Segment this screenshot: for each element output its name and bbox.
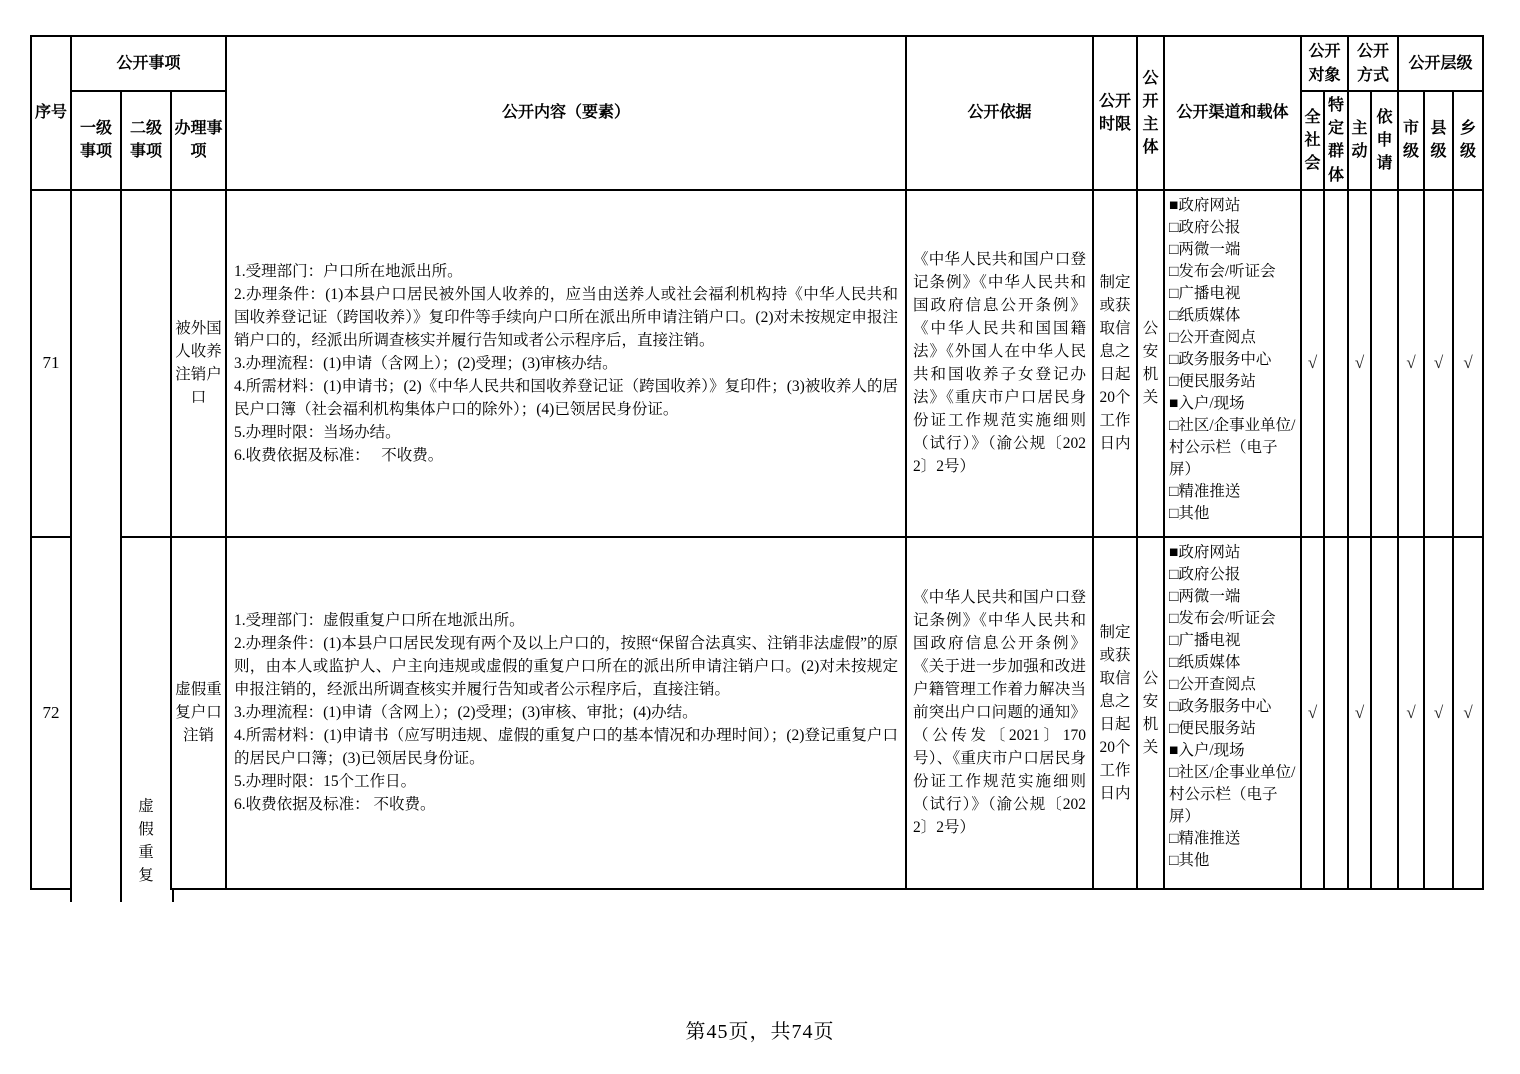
checkmark-cell-method-on-request [1371, 537, 1398, 889]
unchecked-box-item: □广播电视 [1169, 630, 1298, 652]
unchecked-box-item: □公开查阅点 [1169, 674, 1298, 696]
table-row-71: 71 被外国人收养注销户口 1.受理部门：户口所在地派出所。 2.办理条件：(1… [31, 190, 1483, 537]
checkmark-cell-audience-all: √ [1301, 190, 1324, 537]
col-header-content: 公开内容（要素） [226, 36, 906, 190]
checked-box-item: ■入户/现场 [1169, 393, 1298, 415]
col-header-level-city: 市级 [1398, 91, 1424, 190]
content-cell: 1.受理部门：户口所在地派出所。 2.办理条件：(1)本县户口居民被外国人收养的… [226, 190, 906, 537]
basis-cell: 《中华人民共和国户口登记条例》《中华人民共和国政府信息公开条例》《关于进一步加强… [906, 537, 1093, 889]
unchecked-box-item: □精准推送 [1169, 828, 1298, 850]
checkmark-cell-level-county: √ [1424, 537, 1453, 889]
serial-cell: 71 [31, 190, 71, 537]
checked-box-item: ■政府网站 [1169, 195, 1298, 217]
level2-item-cell: 虚假重复 [121, 537, 171, 889]
col-header-audience-all: 全社会 [1301, 91, 1324, 190]
channels-cell: ■政府网站□政府公报□两微一端□发布会/听证会□广播电视□纸质媒体□公开查阅点□… [1164, 537, 1301, 889]
page-number-footer: 第45页，共74页 [0, 1015, 1520, 1044]
col-header-level: 公开层级 [1398, 36, 1483, 91]
col-header-level2-item: 二级事项 [121, 91, 171, 190]
unchecked-box-item: □两微一端 [1169, 239, 1298, 261]
level1-item-cell [71, 190, 121, 889]
page-break-cell-continuation [70, 889, 174, 902]
unchecked-box-item: □政务服务中心 [1169, 696, 1298, 718]
disclosure-table: 序号 公开事项 公开内容（要素） 公开依据 公开时限 公开主体 公开渠道和载体 … [30, 35, 1484, 890]
level2-item-cell [121, 190, 171, 537]
table-row-72: 72 虚假重复 虚假重复户口注销 1.受理部门：虚假重复户口所在地派出所。 2.… [31, 537, 1483, 889]
unchecked-box-item: □发布会/听证会 [1169, 261, 1298, 283]
unchecked-box-item: □发布会/听证会 [1169, 608, 1298, 630]
col-header-disclosure-items: 公开事项 [71, 36, 226, 91]
checkmark-cell-audience-specific [1324, 190, 1348, 537]
serial-cell: 72 [31, 537, 71, 889]
checkmark-cell-method-proactive: √ [1348, 537, 1371, 889]
checkmark-cell-audience-specific [1324, 537, 1348, 889]
checkmark-cell-level-city: √ [1398, 190, 1424, 537]
checked-box-item: ■政府网站 [1169, 542, 1298, 564]
subject-cell: 公安机关 [1137, 537, 1164, 889]
col-header-level-township: 乡级 [1453, 91, 1483, 190]
basis-cell: 《中华人民共和国户口登记条例》《中华人民共和国政府信息公开条例》《中华人民共和国… [906, 190, 1093, 537]
unchecked-box-item: □政府公报 [1169, 564, 1298, 586]
time-limit-cell: 制定或获取信息之日起20个工作日内 [1093, 190, 1137, 537]
unchecked-box-item: □两微一端 [1169, 586, 1298, 608]
col-header-subject: 公开主体 [1137, 36, 1164, 190]
checkmark-cell-level-county: √ [1424, 190, 1453, 537]
checkmark-cell-level-township: √ [1453, 537, 1483, 889]
unchecked-box-item: □精准推送 [1169, 481, 1298, 503]
col-header-audience-specific: 特定群体 [1324, 91, 1348, 190]
time-limit-cell: 制定或获取信息之日起20个工作日内 [1093, 537, 1137, 889]
col-header-basis: 公开依据 [906, 36, 1093, 190]
col-header-audience: 公开对象 [1301, 36, 1348, 91]
unchecked-box-item: □政务服务中心 [1169, 349, 1298, 371]
unchecked-box-item: □社区/企事业单位/村公示栏（电子屏） [1169, 762, 1298, 828]
document-sheet: 序号 公开事项 公开内容（要素） 公开依据 公开时限 公开主体 公开渠道和载体 … [30, 35, 1484, 890]
unchecked-box-item: □便民服务站 [1169, 371, 1298, 393]
channels-cell: ■政府网站□政府公报□两微一端□发布会/听证会□广播电视□纸质媒体□公开查阅点□… [1164, 190, 1301, 537]
unchecked-box-item: □社区/企事业单位/村公示栏（电子屏） [1169, 415, 1298, 481]
unchecked-box-item: □广播电视 [1169, 283, 1298, 305]
col-header-handling-item: 办理事项 [171, 91, 226, 190]
content-cell: 1.受理部门：虚假重复户口所在地派出所。 2.办理条件：(1)本县户口居民发现有… [226, 537, 906, 889]
unchecked-box-item: □其他 [1169, 503, 1298, 525]
checkmark-cell-level-city: √ [1398, 537, 1424, 889]
unchecked-box-item: □公开查阅点 [1169, 327, 1298, 349]
col-header-time-limit: 公开时限 [1093, 36, 1137, 190]
unchecked-box-item: □纸质媒体 [1169, 652, 1298, 674]
checked-box-item: ■入户/现场 [1169, 740, 1298, 762]
handling-item-cell: 虚假重复户口注销 [171, 537, 226, 889]
handling-item-cell: 被外国人收养注销户口 [171, 190, 226, 537]
unchecked-box-item: □其他 [1169, 850, 1298, 872]
column-divider [120, 889, 122, 902]
col-header-method: 公开方式 [1348, 36, 1398, 91]
col-header-method-proactive: 主动 [1348, 91, 1371, 190]
col-header-level-county: 县级 [1424, 91, 1453, 190]
checkmark-cell-level-township: √ [1453, 190, 1483, 537]
unchecked-box-item: □纸质媒体 [1169, 305, 1298, 327]
checkmark-cell-method-on-request [1371, 190, 1398, 537]
col-header-channels: 公开渠道和载体 [1164, 36, 1301, 190]
checkmark-cell-audience-all: √ [1301, 537, 1324, 889]
unchecked-box-item: □政府公报 [1169, 217, 1298, 239]
subject-cell: 公安机关 [1137, 190, 1164, 537]
unchecked-box-item: □便民服务站 [1169, 718, 1298, 740]
col-header-method-on-request: 依申请 [1371, 91, 1398, 190]
col-header-level1-item: 一级事项 [71, 91, 121, 190]
col-header-serial: 序号 [31, 36, 71, 190]
checkmark-cell-method-proactive: √ [1348, 190, 1371, 537]
